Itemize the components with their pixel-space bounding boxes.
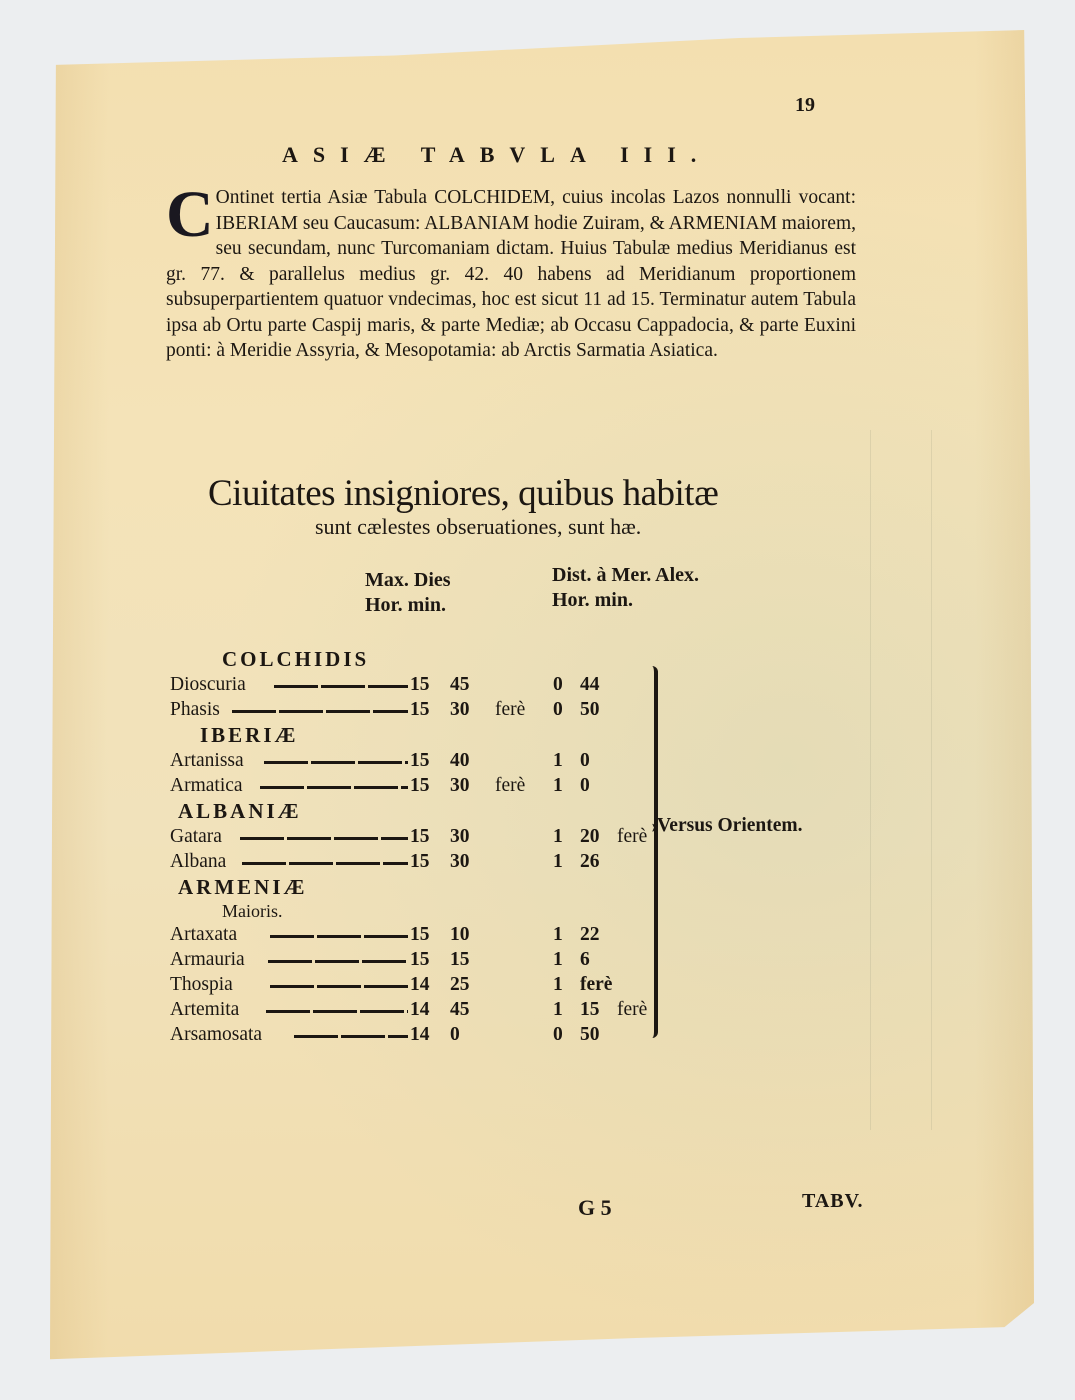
table-row: Albana1530126 [170, 849, 870, 874]
region-subheading: Maioris. [170, 900, 870, 922]
distance-hours: 1 [553, 773, 563, 798]
column-header-line: Hor. min. [552, 588, 699, 613]
table-row: Artaxata1510122 [170, 922, 870, 947]
max-dies-hours: 15 [410, 697, 430, 722]
dot-leader-rule [232, 710, 408, 713]
region-heading: ARMENIÆ [170, 874, 870, 900]
max-dies-minutes: 0 [450, 1022, 460, 1047]
max-dies-minutes: 30 [450, 824, 470, 849]
drop-capital: C [166, 189, 214, 241]
show-through-map-border [870, 430, 932, 1130]
approx-note: ferè [617, 997, 647, 1022]
distance-minutes: 26 [580, 849, 600, 874]
distance-hours: 1 [553, 972, 563, 997]
distance-hours: 1 [553, 997, 563, 1022]
max-dies-minutes: 10 [450, 922, 470, 947]
section-subtitle: sunt cælestes obseruationes, sunt hæ. [315, 514, 641, 540]
distance-hours: 1 [553, 748, 563, 773]
section-title: Ciuitates insigniores, quibus habitæ [208, 472, 718, 515]
table-row: Arsamosata140050 [170, 1022, 870, 1047]
dot-leader-rule [274, 685, 408, 688]
max-dies-minutes: 30 [450, 849, 470, 874]
city-name: Gatara [170, 824, 222, 849]
max-dies-minutes: 30 [450, 773, 470, 798]
distance-hours: 1 [553, 849, 563, 874]
distance-hours: 1 [553, 922, 563, 947]
region-heading: IBERIÆ [170, 722, 870, 748]
bracket-label: Versus Orientem. [657, 815, 803, 837]
approx-note: ferè [495, 773, 525, 798]
dot-leader-rule [260, 786, 408, 789]
dot-leader-rule [270, 985, 408, 988]
dot-leader-rule [240, 837, 408, 840]
page-number: 19 [795, 94, 815, 117]
column-header-line: Hor. min. [365, 593, 451, 618]
max-dies-hours: 14 [410, 972, 430, 997]
distance-minutes: 15 [580, 997, 600, 1022]
bracket [646, 666, 658, 1038]
book-page: 19 ASIÆ TABVLA III. C Ontinet tertia Asi… [50, 30, 1034, 1370]
signature-mark: G 5 [578, 1195, 612, 1221]
running-head: ASIÆ TABVLA III. [282, 142, 711, 168]
dot-leader-rule [294, 1035, 408, 1038]
max-dies-minutes: 15 [450, 947, 470, 972]
intro-paragraph: C Ontinet tertia Asiæ Tabula COLCHIDEM, … [166, 185, 856, 364]
column-header-line: Max. Dies [365, 568, 451, 593]
dot-leader-rule [268, 960, 408, 963]
dot-leader-rule [270, 935, 408, 938]
max-dies-minutes: 40 [450, 748, 470, 773]
city-name: Arsamosata [170, 1022, 262, 1047]
max-dies-minutes: 45 [450, 997, 470, 1022]
table-row: Artanissa154010 [170, 748, 870, 773]
city-table: COLCHIDISDioscuria1545044Phasis1530ferè0… [170, 646, 870, 1047]
city-name: Armauria [170, 947, 245, 972]
max-dies-hours: 15 [410, 849, 430, 874]
max-dies-minutes: 25 [450, 972, 470, 997]
table-row: Thospia14251ferè [170, 972, 870, 997]
approx-note: ferè [617, 824, 647, 849]
distance-minutes: 22 [580, 922, 600, 947]
max-dies-hours: 14 [410, 1022, 430, 1047]
distance-hours: 0 [553, 697, 563, 722]
max-dies-minutes: 30 [450, 697, 470, 722]
column-header-line: Dist. à Mer. Alex. [552, 563, 699, 588]
dot-leader-rule [266, 1010, 408, 1013]
city-name: Albana [170, 849, 226, 874]
column-header-distance: Dist. à Mer. Alex. Hor. min. [552, 563, 699, 613]
distance-minutes: 6 [580, 947, 590, 972]
max-dies-hours: 14 [410, 997, 430, 1022]
intro-text: Ontinet tertia Asiæ Tabula COLCHIDEM, cu… [166, 187, 856, 361]
city-name: Artemita [170, 997, 239, 1022]
table-row: Artemita1445115ferè [170, 997, 870, 1022]
catchword: TABV. [802, 1190, 864, 1213]
max-dies-hours: 15 [410, 748, 430, 773]
max-dies-hours: 15 [410, 773, 430, 798]
table-row: Dioscuria1545044 [170, 672, 870, 697]
max-dies-hours: 15 [410, 672, 430, 697]
dot-leader-rule [264, 761, 408, 764]
table-row: Armauria151516 [170, 947, 870, 972]
max-dies-hours: 15 [410, 824, 430, 849]
city-name: Phasis [170, 697, 220, 722]
distance-minutes: ferè [580, 972, 612, 997]
distance-hours: 1 [553, 947, 563, 972]
max-dies-minutes: 45 [450, 672, 470, 697]
distance-minutes: 44 [580, 672, 600, 697]
distance-hours: 0 [553, 1022, 563, 1047]
distance-minutes: 20 [580, 824, 600, 849]
approx-note: ferè [495, 697, 525, 722]
distance-hours: 1 [553, 824, 563, 849]
city-name: Armatica [170, 773, 243, 798]
region-heading: COLCHIDIS [170, 646, 870, 672]
city-name: Artaxata [170, 922, 237, 947]
column-header-max-dies: Max. Dies Hor. min. [365, 568, 451, 618]
dot-leader-rule [242, 862, 408, 865]
max-dies-hours: 15 [410, 922, 430, 947]
table-row: Armatica1530ferè10 [170, 773, 870, 798]
distance-minutes: 0 [580, 748, 590, 773]
distance-minutes: 50 [580, 1022, 600, 1047]
city-name: Artanissa [170, 748, 244, 773]
distance-hours: 0 [553, 672, 563, 697]
city-name: Thospia [170, 972, 233, 997]
distance-minutes: 0 [580, 773, 590, 798]
city-name: Dioscuria [170, 672, 246, 697]
table-row: Phasis1530ferè050 [170, 697, 870, 722]
distance-minutes: 50 [580, 697, 600, 722]
max-dies-hours: 15 [410, 947, 430, 972]
